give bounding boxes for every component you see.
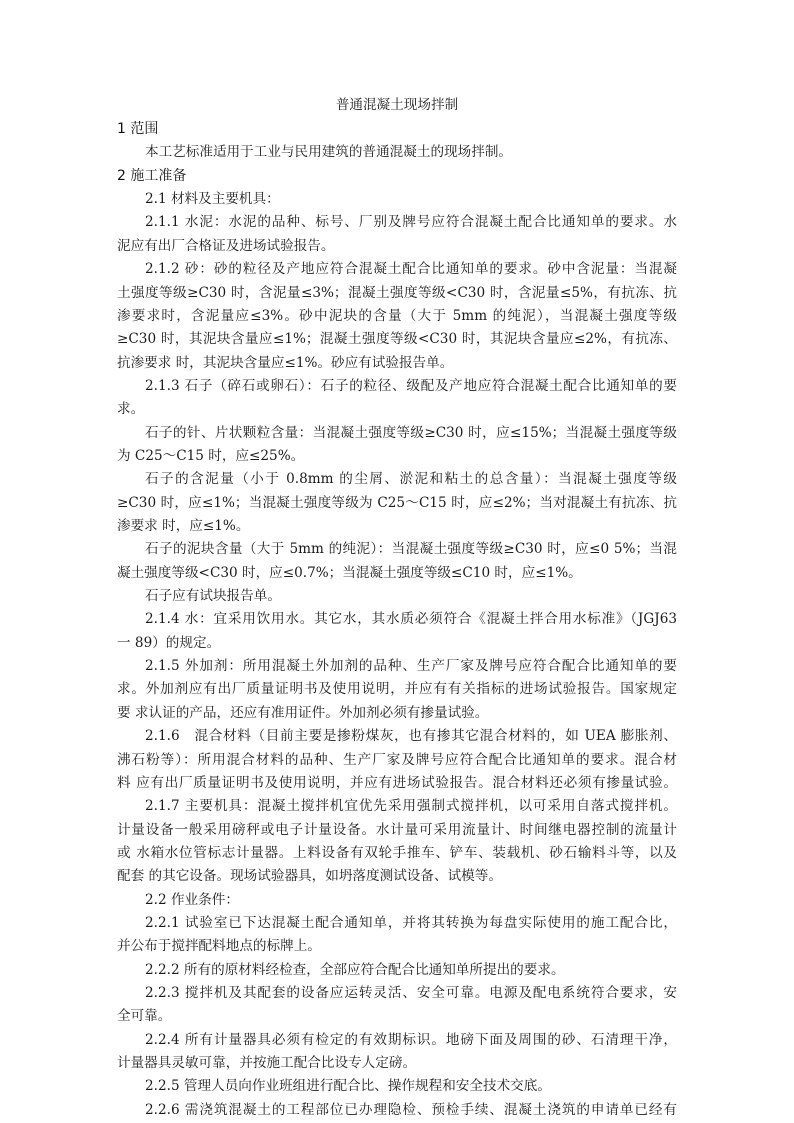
paragraph-line: 渗要求 时，应≤1%。	[117, 515, 677, 537]
paragraph-line: 计量器具灵敏可靠，并按施工配合比设专人定磅。	[117, 1052, 677, 1074]
paragraph-line: 2.2.6 需浇筑混凝土的工程部位已办理隐检、预检手续、混凝土浇筑的申请单已经有	[145, 1099, 677, 1121]
paragraph-line: 并公布于搅拌配料地点的标牌上。	[117, 935, 677, 957]
paragraph-line: 沸石粉等）：所用混合材料的品种、生产厂家及牌号应符合配合比通知单的要求。混合材	[117, 749, 677, 771]
document-title: 普通混凝土现场拌制	[117, 94, 677, 116]
paragraph-line: 石子的含泥量（小于 0.8mm 的尘屑、淤泥和粘土的总含量）：当混凝土强度等级	[145, 468, 677, 490]
paragraph-line: 泥应有出厂合格证及进场试验报告。	[117, 235, 677, 257]
paragraph-line: 配套 的其它设备。现场试验器具，如坍落度测试设备、试模等。	[117, 865, 677, 887]
paragraph-line: 本工艺标准适用于工业与民用建筑的普通混凝土的现场拌制。	[145, 141, 677, 163]
paragraph-line: 石子应有试块报告单。	[145, 585, 677, 607]
paragraph-line: 2.1.7 主要机具：混凝土搅拌机宜优先采用强制式搅拌机，以可采用自落式搅拌机。	[145, 795, 677, 817]
paragraph-line: 2.1.2 砂：砂的粒径及产地应符合混凝土配合比通知单的要求。砂中含泥量：当混凝	[145, 258, 677, 280]
paragraph-line: 土强度等级≥C30 时，含泥量≤3%；混凝土强度等级<C30 时，含泥量≤5%，…	[117, 282, 677, 304]
paragraph-line: 或 水箱水位管标志计量器。上料设备有双轮手推车、铲车、装载机、砂石输料斗等，以及	[117, 842, 677, 864]
paragraph-line: 全可靠。	[117, 1005, 677, 1027]
paragraph-line: 2.1.3 石子（碎石或卵石）：石子的粒径、级配及产地应符合混凝土配合比通知单的…	[145, 375, 677, 397]
section-heading: 1 范围	[117, 118, 158, 140]
document-page: 普通混凝土现场拌制 1 范围本工艺标准适用于工业与民用建筑的普通混凝土的现场拌制…	[0, 0, 794, 1123]
paragraph-line: 2.2.3 搅拌机及其配套的设备应运转灵活、安全可靠。电源及配电系统符合要求，安	[145, 982, 677, 1004]
paragraph-line: 2.1.6 混合材料（目前主要是掺粉煤灰，也有掺其它混合材料的，如 UEA 膨胀…	[145, 725, 677, 747]
paragraph-line: 2.2.1 试验室已下达混凝土配合通知单，并将其转换为每盘实际使用的施工配合比，	[145, 912, 677, 934]
paragraph-line: 渗要求时，含泥量应≤3%。砂中泥块的含量（大于 5mm 的纯泥），当混凝土强度等…	[117, 305, 677, 327]
paragraph-line: 计量设备一般采用磅秤或电子计量设备。水计量可采用流量计、时间继电器控制的流量计	[117, 819, 677, 841]
paragraph-line: 2.1.4 水：宜采用饮用水。其它水，其水质必须符合《混凝土拌合用水标准》（JG…	[145, 608, 677, 630]
paragraph-line: 2.1.1 水泥：水泥的品种、标号、厂别及牌号应符合混凝土配合比通知单的要求。水	[145, 211, 677, 233]
paragraph-line: 求。外加剂应有出厂质量证明书及使用说明，并应有有关指标的进场试验报告。国家规定	[117, 678, 677, 700]
paragraph-line: 2.1.5 外加剂：所用混凝土外加剂的品种、生产厂家及牌号应符合配合比通知单的要	[145, 655, 677, 677]
paragraph-line: 石子的泥块含量（大于 5mm 的纯泥）：当混凝土强度等级≥C30 时，应≤0 5…	[145, 538, 677, 560]
paragraph-line: 2.2.5 管理人员向作业班组进行配合比、操作规程和安全技术交底。	[145, 1075, 677, 1097]
paragraph-line: 石子的针、片状颗粒含量：当混凝土强度等级≥C30 时，应≤15%；当混凝土强度等…	[145, 422, 677, 444]
paragraph-line: 为 C25～C15 时，应≤25%。	[117, 445, 677, 467]
paragraph-line: ≥C30 时，其泥块含量应≤1%；混凝土强度等级<C30 时，其泥块含量应≤2%…	[117, 328, 677, 350]
paragraph-line: 2.1 材料及主要机具：	[145, 188, 677, 210]
paragraph-line: 2.2.4 所有计量器具必须有检定的有效期标识。地磅下面及周围的砂、石清理干净，	[145, 1029, 677, 1051]
paragraph-line: 2.2 作业条件：	[145, 889, 677, 911]
paragraph-line: 2.2.2 所有的原材料经检查，全部应符合配合比通知单所提出的要求。	[145, 959, 677, 981]
paragraph-line: 求。	[117, 398, 677, 420]
paragraph-line: ≥C30 时，应≤1%；当混凝土强度等级为 C25～C15 时，应≤2%；当对混…	[117, 492, 677, 514]
paragraph-line: 一 89）的规定。	[117, 632, 677, 654]
paragraph-line: 凝土强度等级<C30 时，应≤0.7%；当混凝土强度等级≤C10 时，应≤1%。	[117, 562, 677, 584]
paragraph-line: 抗渗要求 时，其泥块含量应≤1%。砂应有试验报告单。	[117, 352, 677, 374]
paragraph-line: 要 求认证的产品，还应有准用证件。外加剂必须有掺量试验。	[117, 702, 677, 724]
section-heading: 2 施工准备	[117, 165, 186, 187]
paragraph-line: 料 应有出厂质量证明书及使用说明，并应有进场试验报告。混合材料还必须有掺量试验。	[117, 772, 677, 794]
